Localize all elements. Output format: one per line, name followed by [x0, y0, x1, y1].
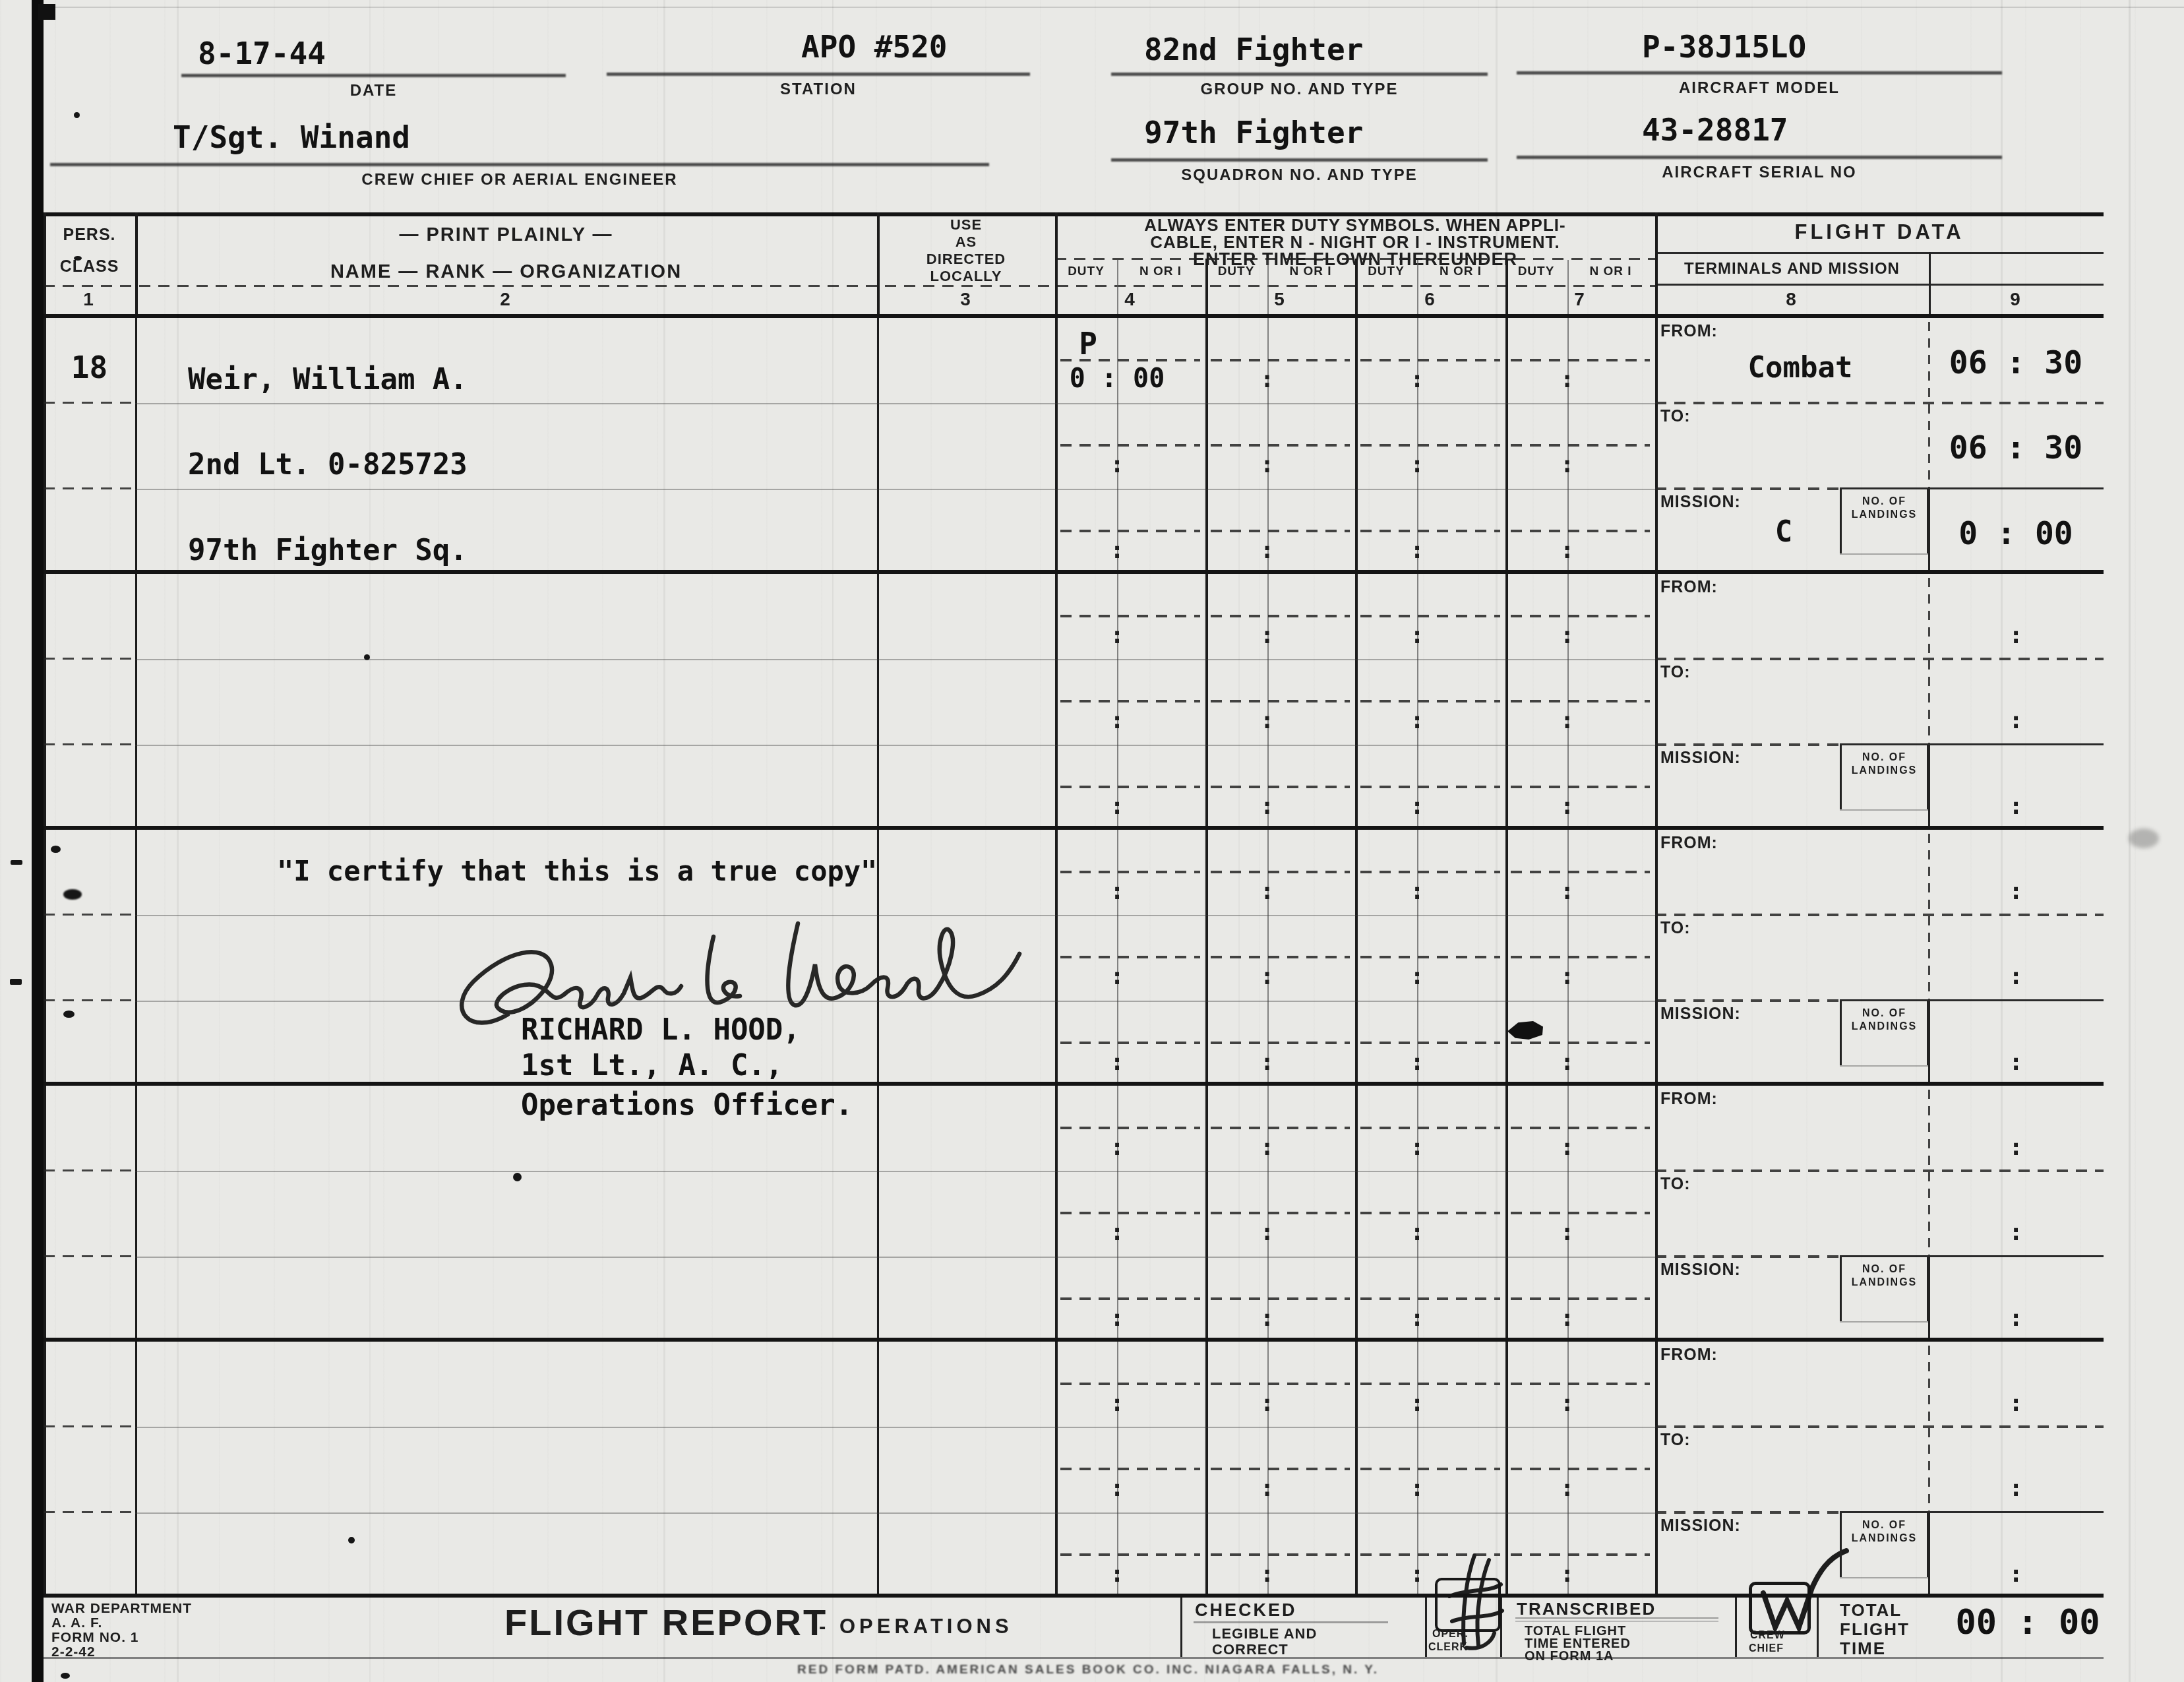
block-1-duty-colon-mark: : [1404, 368, 1430, 392]
aircraft-model-label: AIRCRAFT MODEL [1517, 80, 2002, 96]
header-col-line [44, 212, 46, 314]
block-3-flight-colon-mark: : [2003, 965, 2029, 989]
block-4-duty-mid-rule [1060, 1297, 1200, 1300]
form-subtitle: - OPERATIONS [819, 1616, 1013, 1636]
oper-clerk-label-1: OPER. [1432, 1629, 1469, 1640]
col-use-label-1: USE [877, 218, 1055, 232]
block-5-terminal-time-divider [1928, 1346, 1930, 1511]
block-1-duty-row-sep [1055, 403, 1655, 404]
paper-crease [1496, 0, 1498, 1682]
header-sub-line [1267, 260, 1269, 314]
flightdata-rule [1655, 252, 2104, 254]
block-5-duty-mid-rule [1211, 1468, 1350, 1470]
block-2-pers-row-sep [44, 743, 135, 745]
block-5-pers-row-sep [44, 1425, 135, 1427]
block-2-duty-colon-mark: : [1254, 624, 1281, 648]
checked-title: CHECKED [1195, 1602, 1297, 1619]
block-1-flight-time: 06 : 30 [1924, 347, 2108, 379]
block-5-name-row-sep [135, 1427, 1055, 1428]
block-4-to-label: TO: [1660, 1176, 1691, 1193]
ink-blot-arrow [1507, 1021, 1543, 1040]
block-1-duty-time: 0 : 00 [1051, 365, 1183, 392]
block-1-landings-label-2: LANDINGS [1842, 510, 1927, 520]
header-sub-line [1417, 260, 1418, 314]
footer-div-4 [1735, 1598, 1737, 1657]
ink-speck [74, 112, 80, 118]
block-1-landings-box-bottom [1840, 553, 1929, 555]
col-pers-label-2: CLASS [44, 259, 135, 275]
transcribed-title: TRANSCRIBED [1517, 1600, 1656, 1617]
block-4-duty-row-sep [1055, 1257, 1655, 1258]
paper-crease [369, 0, 371, 1682]
block-1-duty-mid-rule [1511, 444, 1651, 447]
block-5-duty-mid-rule [1360, 1553, 1500, 1556]
terminals-label: TERMINALS AND MISSION [1655, 261, 1929, 277]
block-5-mission-label: MISSION: [1660, 1518, 1741, 1534]
header-bottom-border [44, 314, 2104, 318]
column-number-2: 2 [479, 290, 532, 309]
block-4-flight-row-sep-solid [1840, 1255, 2104, 1257]
block-2-flight-row-sep-solid [1840, 743, 2104, 745]
block-2-duty-colon-mark: : [1404, 624, 1430, 648]
squadron-value: 97th Fighter [1144, 117, 1363, 148]
block-3-terminal-time-divider-solid [1928, 1001, 1930, 1082]
block-1-duty-mid-rule [1211, 444, 1350, 447]
block-3-duty-mid-rule [1211, 871, 1350, 873]
duty-subhead-nori-4: N OR I [1121, 265, 1200, 278]
block-4-duty-mid-rule [1060, 1212, 1200, 1214]
block-4-duty-colon-mark: : [1254, 1307, 1281, 1330]
squadron-line [1111, 158, 1488, 162]
header-col-line [877, 212, 880, 314]
block-4-terminal-time-divider [1928, 1090, 1930, 1255]
block-5-flight-colon-mark: : [2003, 1392, 2029, 1416]
crew-chief-label: CREW CHIEF OR AERIAL ENGINEER [50, 172, 989, 188]
block-5-duty-mid-rule [1360, 1383, 1500, 1385]
paper-crease [663, 0, 665, 1682]
block-5-to-label: TO: [1660, 1432, 1691, 1448]
block-3-duty-mid-rule [1060, 1042, 1200, 1044]
block-1-duty-colon-mark: : [1254, 539, 1281, 563]
paper-crease [832, 0, 834, 1682]
block-3-duty-colon-mark: : [1554, 965, 1581, 989]
block-2-duty-mid-rule [1360, 786, 1500, 788]
block-5-duty-colon-mark: : [1254, 1392, 1281, 1416]
certification-typed-rank: 1st Lt., A. C., [521, 1051, 783, 1080]
block-3-flight-row-sep [1655, 999, 1840, 1002]
block-2-mission-label: MISSION: [1660, 750, 1741, 766]
block-3-duty-colon-mark: : [1404, 965, 1430, 989]
block-5-from-label: FROM: [1660, 1347, 1718, 1363]
block-2-duty-colon-mark: : [1254, 709, 1281, 733]
col-use-label-4: LOCALLY [877, 269, 1055, 284]
group-label: GROUP NO. AND TYPE [1111, 82, 1488, 98]
block-5-landings-label-1: NO. OF [1842, 1520, 1927, 1531]
group-value: 82nd Fighter [1144, 34, 1363, 65]
block-5-duty-mid-rule [1060, 1553, 1200, 1556]
block-4-flight-colon-mark: : [2003, 1307, 2029, 1330]
block-3-bottom-border [44, 1082, 2104, 1086]
block-1-duty-mid-rule [1360, 444, 1500, 447]
block-4-flight-colon-mark: : [2003, 1221, 2029, 1245]
block-5-flight-row-sep [1655, 1425, 2104, 1428]
block-2-bottom-border [44, 826, 2104, 830]
block-4-duty-colon-mark: : [1254, 1221, 1281, 1245]
block-1-duty-row-sep [1055, 489, 1655, 490]
block-2-name-row-sep [135, 659, 1055, 660]
block-1-mission-symbol: C [1744, 518, 1823, 547]
total-label-3: TIME [1840, 1640, 1886, 1657]
corner-mark [38, 4, 55, 20]
block-1-duty-colon-mark: : [1404, 539, 1430, 563]
block-4-duty-row-sep [1055, 1171, 1655, 1172]
block-2-flight-colon-mark: : [2003, 624, 2029, 648]
block-1-pers-row-sep [44, 402, 135, 404]
crew-chief-label-1: CREW [1750, 1631, 1785, 1641]
footer-div-1 [1180, 1598, 1182, 1657]
block-2-to-label: TO: [1660, 664, 1691, 681]
block-5-duty-mid-rule [1211, 1383, 1350, 1385]
block-4-duty-colon-mark: : [1104, 1136, 1130, 1160]
paper-crease [2001, 0, 2003, 1682]
block-4-duty-mid-rule [1360, 1127, 1500, 1129]
table-col-line [1055, 318, 1058, 1598]
column-number-9: 9 [1989, 290, 2042, 309]
block-1-to-label: TO: [1660, 408, 1691, 425]
block-4-duty-colon-mark: : [1554, 1136, 1581, 1160]
block-5-duty-mid-rule [1511, 1468, 1651, 1470]
block-3-duty-colon-mark: : [1254, 965, 1281, 989]
transcribed-line-1: TOTAL FLIGHT [1525, 1625, 1626, 1638]
block-4-flight-row-sep [1655, 1169, 2104, 1172]
block-3-duty-mid-rule [1211, 1042, 1350, 1044]
ink-speck [63, 1011, 75, 1018]
station-value: APO #520 [801, 32, 948, 62]
block-5-duty-mid-rule [1060, 1383, 1200, 1385]
block-5-duty-colon-mark: : [1104, 1392, 1130, 1416]
block-4-duty-colon-mark: : [1254, 1136, 1281, 1160]
duty-subhead-duty-7: DUTY [1507, 265, 1566, 278]
block-2-duty-mid-rule [1211, 700, 1350, 702]
ink-speck [348, 1537, 355, 1543]
block-1-duty-mid-rule [1060, 530, 1200, 532]
col-use-label-3: DIRECTED [877, 252, 1055, 266]
block-1-duty-colon-mark: : [1554, 453, 1581, 477]
block-5-duty-colon-mark: : [1104, 1477, 1130, 1501]
block-3-duty-colon-mark: : [1554, 880, 1581, 904]
block-4-duty-mid-rule [1511, 1212, 1651, 1214]
crew-chief-value: T/Sgt. Winand [173, 122, 410, 152]
block-2-duty-colon-mark: : [1254, 795, 1281, 819]
block-3-to-label: TO: [1660, 920, 1691, 937]
block-3-landings-label-1: NO. OF [1842, 1009, 1927, 1019]
column-number-4: 4 [1104, 290, 1157, 309]
block-1-pers-class: 18 [50, 352, 129, 383]
header-col-line [135, 212, 138, 314]
serial-label: AIRCRAFT SERIAL NO [1517, 165, 2002, 181]
block-2-duty-mid-rule [1511, 615, 1651, 617]
column-number-7: 7 [1554, 290, 1606, 309]
block-1-duty-mid-rule [1060, 444, 1200, 447]
block-1-bottom-border [44, 570, 2104, 574]
block-5-duty-mid-rule [1511, 1383, 1651, 1385]
column-number-6: 6 [1404, 290, 1457, 309]
block-2-pers-row-sep [44, 658, 135, 660]
ink-speck [11, 860, 22, 865]
ink-speck [51, 846, 61, 853]
block-2-duty-mid-rule [1360, 615, 1500, 617]
block-1-flight-time: 06 : 30 [1924, 432, 2108, 464]
block-4-duty-colon-mark: : [1104, 1221, 1130, 1245]
block-1-flight-row-sep [1655, 487, 1840, 490]
block-5-name-row-sep [135, 1512, 1055, 1514]
block-3-duty-mid-rule [1360, 956, 1500, 958]
block-4-pers-row-sep [44, 1255, 135, 1257]
form-id-line-2: A. A. F. [51, 1616, 102, 1630]
block-4-duty-mid-rule [1211, 1297, 1350, 1300]
block-3-duty-colon-mark: : [1104, 965, 1130, 989]
block-2-landings-box-bottom [1840, 809, 1929, 811]
block-4-landings-label-2: LANDINGS [1842, 1278, 1927, 1288]
block-5-duty-colon-mark: : [1254, 1477, 1281, 1501]
block-1-terminal-time-divider [1928, 322, 1930, 487]
table-col-line [44, 318, 46, 1598]
block-5-duty-row-sep [1055, 1512, 1655, 1514]
block-5-pers-row-sep [44, 1511, 135, 1513]
oper-clerk-label-2: CLERK [1428, 1642, 1468, 1653]
duty-subhead-duty-5: DUTY [1207, 265, 1266, 278]
group-line [1111, 73, 1488, 76]
aircraft-model-value: P-38J15LO [1642, 32, 1806, 62]
transcribed-rule-2 [1515, 1621, 1718, 1622]
block-2-duty-colon-mark: : [1404, 709, 1430, 733]
block-1-duty-colon-mark: : [1554, 539, 1581, 563]
top-hairline [44, 7, 2184, 8]
table-col-line [877, 318, 879, 1598]
block-2-duty-mid-rule [1060, 786, 1200, 788]
checked-line-2: CORRECT [1212, 1642, 1289, 1657]
block-1-name-row-sep [135, 403, 1055, 404]
block-4-duty-colon-mark: : [1104, 1307, 1130, 1330]
table-col-line [135, 318, 137, 1598]
block-2-duty-mid-rule [1211, 786, 1350, 788]
block-5-flight-colon-mark: : [2003, 1563, 2029, 1586]
block-2-duty-colon-mark: : [1104, 795, 1130, 819]
block-4-duty-mid-rule [1360, 1212, 1500, 1214]
block-5-bottom-border [44, 1594, 2104, 1598]
block-4-duty-mid-rule [1211, 1212, 1350, 1214]
block-5-duty-colon-mark: : [1404, 1392, 1430, 1416]
table-col-line [1205, 318, 1208, 1598]
block-3-pers-row-sep [44, 999, 135, 1001]
block-2-duty-colon-mark: : [1104, 624, 1130, 648]
block-4-duty-colon-mark: : [1404, 1307, 1430, 1330]
block-5-duty-mid-rule [1211, 1553, 1350, 1556]
block-3-duty-mid-rule [1511, 956, 1651, 958]
column-number-1: 1 [63, 290, 115, 309]
column-number-3: 3 [940, 290, 992, 309]
date-label: DATE [181, 83, 566, 99]
total-label-2: FLIGHT [1840, 1621, 1910, 1638]
block-3-duty-colon-mark: : [1254, 1051, 1281, 1075]
ink-speck [61, 1673, 70, 1679]
header-col-line [1655, 212, 1658, 314]
block-3-name-row-sep [135, 915, 1055, 916]
form-id-line-4: 2-2-42 [51, 1645, 96, 1659]
duty-subhead-duty-4: DUTY [1056, 265, 1116, 278]
checked-rule [1194, 1621, 1388, 1623]
certification-quote: "I certify that this is a true copy" [277, 857, 877, 885]
paper-crease [1238, 0, 1240, 1682]
header-group-line [1355, 259, 1358, 314]
duty-subhead-nori-5: N OR I [1271, 265, 1350, 278]
block-2-duty-colon-mark: : [1554, 795, 1581, 819]
block-3-mission-label: MISSION: [1660, 1006, 1741, 1022]
block-3-terminal-time-divider [1928, 834, 1930, 999]
block-4-from-label: FROM: [1660, 1091, 1718, 1107]
block-2-from-label: FROM: [1660, 579, 1718, 596]
duty-subhead-duty-6: DUTY [1356, 265, 1416, 278]
block-1-name-row-1: Weir, William A. [188, 365, 468, 394]
typed-bullet-mark [513, 1173, 522, 1181]
block-3-duty-colon-mark: : [1554, 1051, 1581, 1075]
block-1-name-row-sep [135, 489, 1055, 490]
block-4-duty-mid-rule [1211, 1127, 1350, 1129]
block-1-mission-label: MISSION: [1660, 494, 1741, 511]
block-3-duty-colon-mark: : [1404, 1051, 1430, 1075]
ink-speck [10, 979, 22, 985]
block-5-duty-mid-rule [1360, 1468, 1500, 1470]
block-1-duty-symbol: P [1058, 328, 1118, 359]
block-2-duty-colon-mark: : [1104, 709, 1130, 733]
block-3-duty-mid-rule [1360, 871, 1500, 873]
block-2-flight-row-sep [1655, 743, 1840, 746]
squadron-label: SQUADRON NO. AND TYPE [1111, 168, 1488, 183]
block-3-duty-mid-rule [1211, 956, 1350, 958]
col-name-label-bottom: NAME — RANK — ORGANIZATION [135, 263, 877, 282]
block-2-duty-row-sep [1055, 659, 1655, 660]
block-1-terminal-time-divider-solid [1928, 489, 1930, 570]
paper-crease [177, 0, 179, 1682]
block-4-duty-colon-mark: : [1554, 1307, 1581, 1330]
block-4-mission-label: MISSION: [1660, 1262, 1741, 1278]
duty-subhead-nori-7: N OR I [1571, 265, 1651, 278]
column-number-8: 8 [1765, 290, 1818, 309]
block-1-duty-colon-mark: : [1104, 539, 1130, 563]
duty-subhead-nori-6: N OR I [1421, 265, 1500, 278]
paper-crease [2129, 0, 2131, 1682]
block-5-landings-box-bottom [1840, 1577, 1929, 1578]
column-number-5: 5 [1254, 290, 1306, 309]
serial-line [1517, 156, 2002, 159]
certification-typed-name: RICHARD L. HOOD, [521, 1016, 801, 1045]
crew-chief-label-2: CHIEF [1749, 1644, 1784, 1654]
header-group-line [1205, 259, 1208, 314]
block-3-flight-colon-mark: : [2003, 1051, 2029, 1075]
form-id-line-3: FORM NO. 1 [51, 1631, 139, 1644]
block-4-duty-mid-rule [1360, 1297, 1500, 1300]
block-3-name-row-sep [135, 1001, 1055, 1002]
block-2-flight-row-sep [1655, 658, 2104, 660]
block-1-duty-mid-rule [1511, 530, 1651, 532]
block-1-duty-mid-rule [1360, 359, 1500, 361]
block-5-flight-row-sep [1655, 1511, 1840, 1514]
block-1-landings-label-1: NO. OF [1842, 497, 1927, 507]
block-4-duty-mid-rule [1511, 1297, 1651, 1300]
form-id-line-1: WAR DEPARTMENT [51, 1602, 192, 1615]
block-3-duty-colon-mark: : [1254, 880, 1281, 904]
block-1-from-label: FROM: [1660, 323, 1718, 340]
date-value: 8-17-44 [198, 38, 326, 69]
aircraft-model-line [1517, 71, 2002, 75]
block-4-bottom-border [44, 1338, 2104, 1342]
duty-header-line-2: CABLE, ENTER N - NIGHT OR I - INSTRUMENT… [1055, 234, 1655, 251]
flight-report-form: 8-17-44 DATE APO #520 STATION 82nd Fight… [0, 0, 2184, 1682]
block-4-flight-row-sep [1655, 1255, 1840, 1258]
block-5-landings-label-2: LANDINGS [1842, 1534, 1927, 1544]
crew-chief-initials-icon [1749, 1547, 1854, 1633]
block-5-terminal-time-divider-solid [1928, 1512, 1930, 1594]
header-sub-line [1117, 260, 1118, 314]
block-3-pers-row-sep [44, 914, 135, 916]
block-3-duty-colon-mark: : [1104, 1051, 1130, 1075]
block-3-duty-mid-rule [1060, 956, 1200, 958]
block-2-duty-mid-rule [1060, 615, 1200, 617]
block-5-duty-colon-mark: : [1404, 1477, 1430, 1501]
block-2-name-row-sep [135, 745, 1055, 746]
smudge [2129, 828, 2159, 848]
header-col-line [1055, 212, 1058, 314]
form-title: FLIGHT REPORT [504, 1604, 828, 1641]
block-2-duty-mid-rule [1511, 786, 1651, 788]
block-5-flight-row-sep-solid [1840, 1511, 2104, 1513]
block-1-duty-colon-mark: : [1254, 453, 1281, 477]
block-1-flight-row-sep [1655, 402, 2104, 404]
station-label: STATION [607, 82, 1030, 98]
total-label-1: TOTAL [1840, 1602, 1902, 1619]
block-2-flight-colon-mark: : [2003, 709, 2029, 733]
block-4-duty-colon-mark: : [1404, 1136, 1430, 1160]
block-1-flight-time: 0 : 00 [1924, 518, 2108, 549]
block-3-flight-row-sep-solid [1840, 999, 2104, 1001]
block-4-flight-colon-mark: : [2003, 1136, 2029, 1160]
footer-div-2 [1425, 1598, 1427, 1657]
block-2-terminal-time-divider-solid [1928, 745, 1930, 826]
col-pers-label-1: PERS. [44, 227, 135, 243]
block-2-duty-colon-mark: : [1404, 795, 1430, 819]
block-3-duty-mid-rule [1511, 871, 1651, 873]
block-4-pers-row-sep [44, 1169, 135, 1171]
block-5-flight-colon-mark: : [2003, 1477, 2029, 1501]
block-3-duty-mid-rule [1060, 871, 1200, 873]
block-2-landings-label-2: LANDINGS [1842, 766, 1927, 776]
block-4-landings-label-1: NO. OF [1842, 1264, 1927, 1275]
block-5-duty-colon-mark: : [1104, 1563, 1130, 1586]
block-5-duty-colon-mark: : [1554, 1563, 1581, 1586]
header-terminals-line [1929, 252, 1931, 314]
header-group-line [1505, 259, 1508, 314]
block-3-flight-colon-mark: : [2003, 880, 2029, 904]
block-2-duty-mid-rule [1360, 700, 1500, 702]
block-2-terminal-time-divider [1928, 578, 1930, 743]
block-1-duty-mid-rule [1211, 530, 1350, 532]
block-2-duty-colon-mark: : [1554, 624, 1581, 648]
block-1-duty-colon-mark: : [1554, 368, 1581, 392]
block-1-flight-row-sep-solid [1840, 487, 2104, 489]
flight-data-label: FLIGHT DATA [1655, 222, 2104, 242]
duty-header-line-1: ALWAYS ENTER DUTY SYMBOLS. WHEN APPLI- [1055, 216, 1655, 234]
transcribed-line-3: ON FORM 1A [1525, 1650, 1614, 1663]
